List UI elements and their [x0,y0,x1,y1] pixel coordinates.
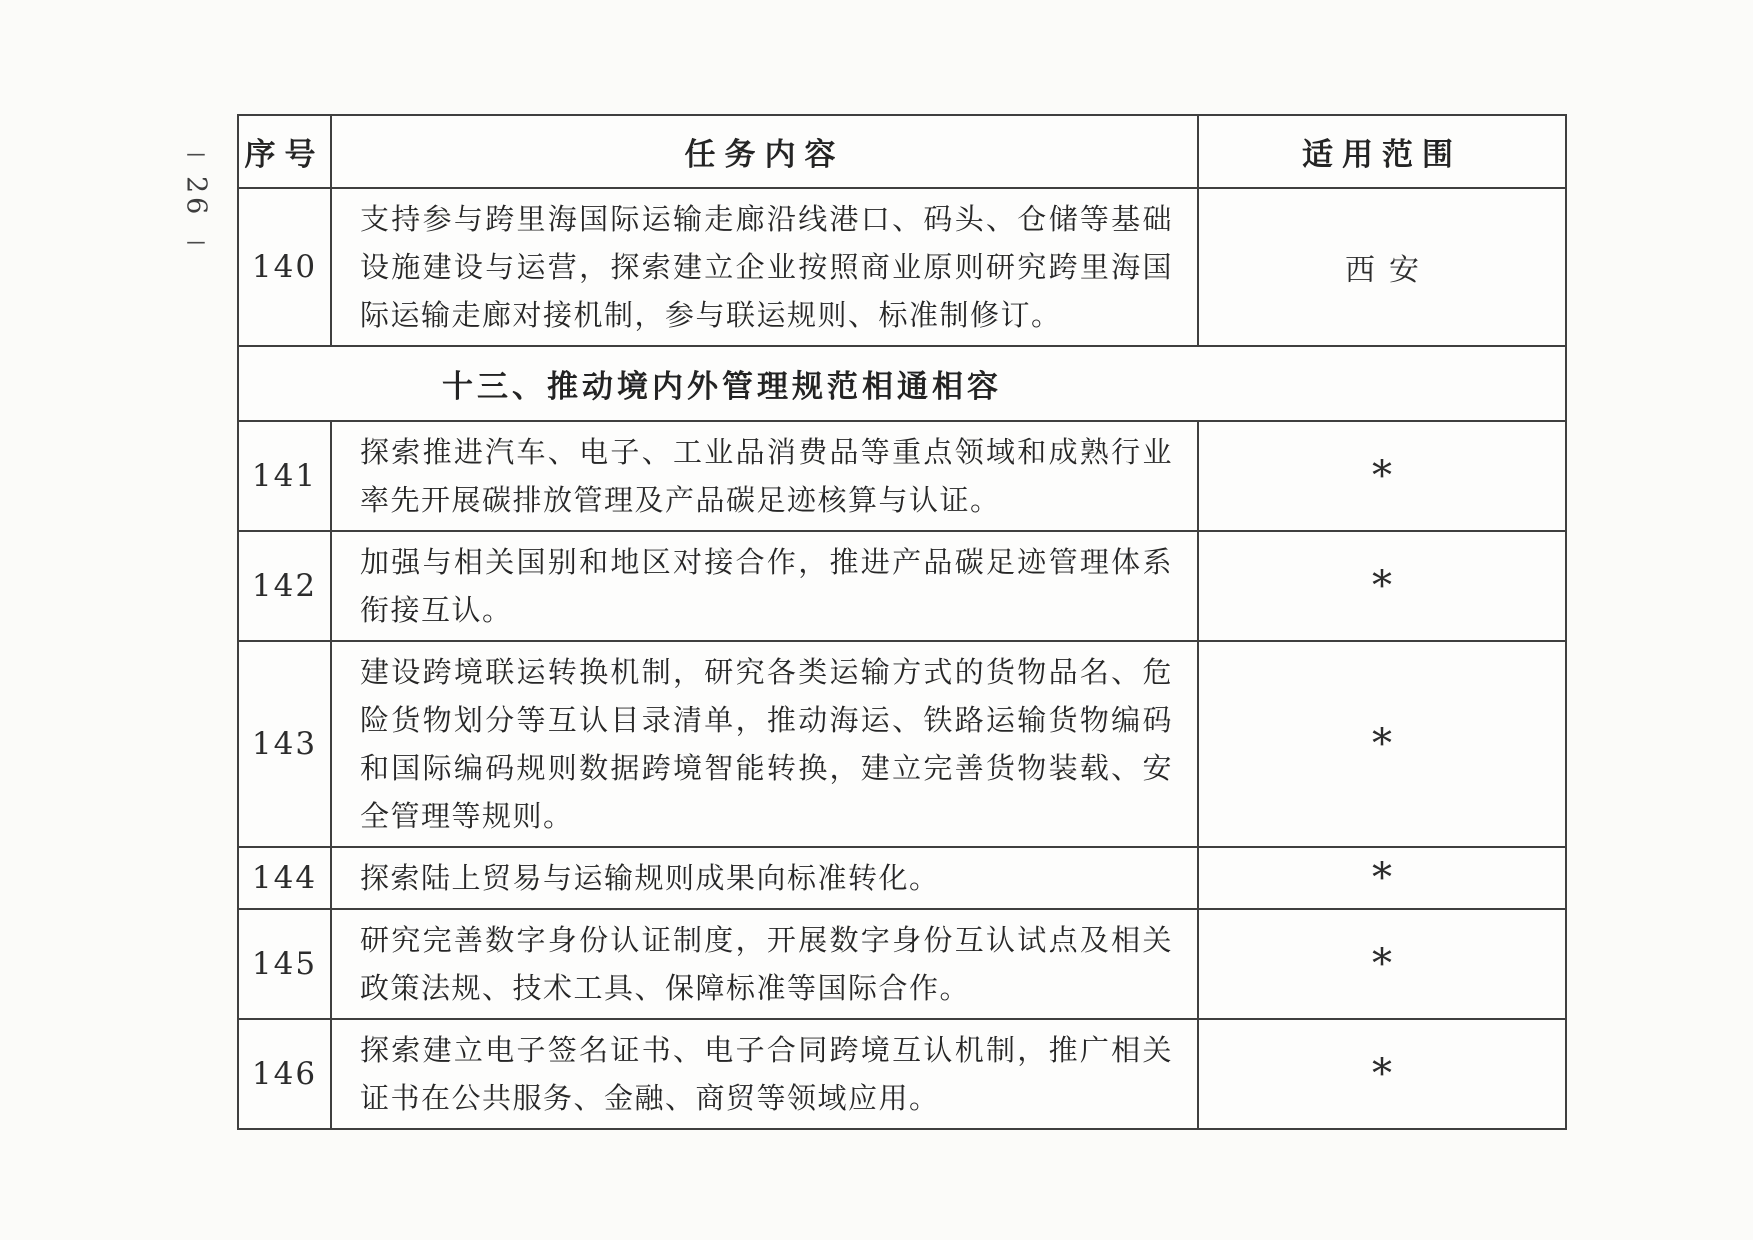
tasks-table: 序号 任务内容 适用范围 140 支持参与跨里海国际运输走廊沿线港口、码头、仓储… [237,114,1567,1130]
task-cell: 支持参与跨里海国际运输走廊沿线港口、码头、仓储等基础设施建设与运营，探索建立企业… [331,188,1198,346]
table-header-row: 序号 任务内容 适用范围 [238,115,1566,188]
scope-cell: * [1198,641,1566,847]
task-cell: 加强与相关国别和地区对接合作，推进产品碳足迹管理体系衔接互认。 [331,531,1198,641]
table-row: 144 探索陆上贸易与运输规则成果向标准转化。 * [238,847,1566,909]
row-index-cell: 141 [238,421,331,531]
task-cell: 建设跨境联运转换机制，研究各类运输方式的货物品名、危险货物划分等互认目录清单，推… [331,641,1198,847]
scope-cell: * [1198,531,1566,641]
page-number-value: 26 [181,176,212,218]
scope-cell: * [1198,847,1566,909]
task-cell: 研究完善数字身份认证制度，开展数字身份互认试点及相关政策法规、技术工具、保障标准… [331,909,1198,1019]
table-row: 143 建设跨境联运转换机制，研究各类运输方式的货物品名、危险货物划分等互认目录… [238,641,1566,847]
task-cell: 探索建立电子签名证书、电子合同跨境互认机制，推广相关证书在公共服务、金融、商贸等… [331,1019,1198,1129]
row-index-cell: 143 [238,641,331,847]
task-cell: 探索陆上贸易与运输规则成果向标准转化。 [331,847,1198,909]
page-number-dash-top: — [186,146,205,160]
scope-cell: * [1198,1019,1566,1129]
col-header-scope: 适用范围 [1198,115,1566,188]
table-row: 141 探索推进汽车、电子、工业品消费品等重点领域和成熟行业率先开展碳排放管理及… [238,421,1566,531]
table-row: 145 研究完善数字身份认证制度，开展数字身份互认试点及相关政策法规、技术工具、… [238,909,1566,1019]
task-cell: 探索推进汽车、电子、工业品消费品等重点领域和成熟行业率先开展碳排放管理及产品碳足… [331,421,1198,531]
row-index-cell: 144 [238,847,331,909]
table-row: 140 支持参与跨里海国际运输走廊沿线港口、码头、仓储等基础设施建设与运营，探索… [238,188,1566,346]
row-index-cell: 142 [238,531,331,641]
row-index-cell: 145 [238,909,331,1019]
section-title: 十三、推动境内外管理规范相通相容 [238,346,1566,421]
table-row: 146 探索建立电子签名证书、电子合同跨境互认机制，推广相关证书在公共服务、金融… [238,1019,1566,1129]
col-header-index: 序号 [238,115,331,188]
section-header-row: 十三、推动境内外管理规范相通相容 [238,346,1566,421]
table-row: 142 加强与相关国别和地区对接合作，推进产品碳足迹管理体系衔接互认。 * [238,531,1566,641]
scope-cell: * [1198,909,1566,1019]
col-header-task: 任务内容 [331,115,1198,188]
scope-cell: 西安 [1198,188,1566,346]
scope-cell: * [1198,421,1566,531]
page-number: — 26 — [170,146,222,248]
row-index-cell: 146 [238,1019,331,1129]
page-number-dash-bottom: — [186,234,205,248]
row-index-cell: 140 [238,188,331,346]
